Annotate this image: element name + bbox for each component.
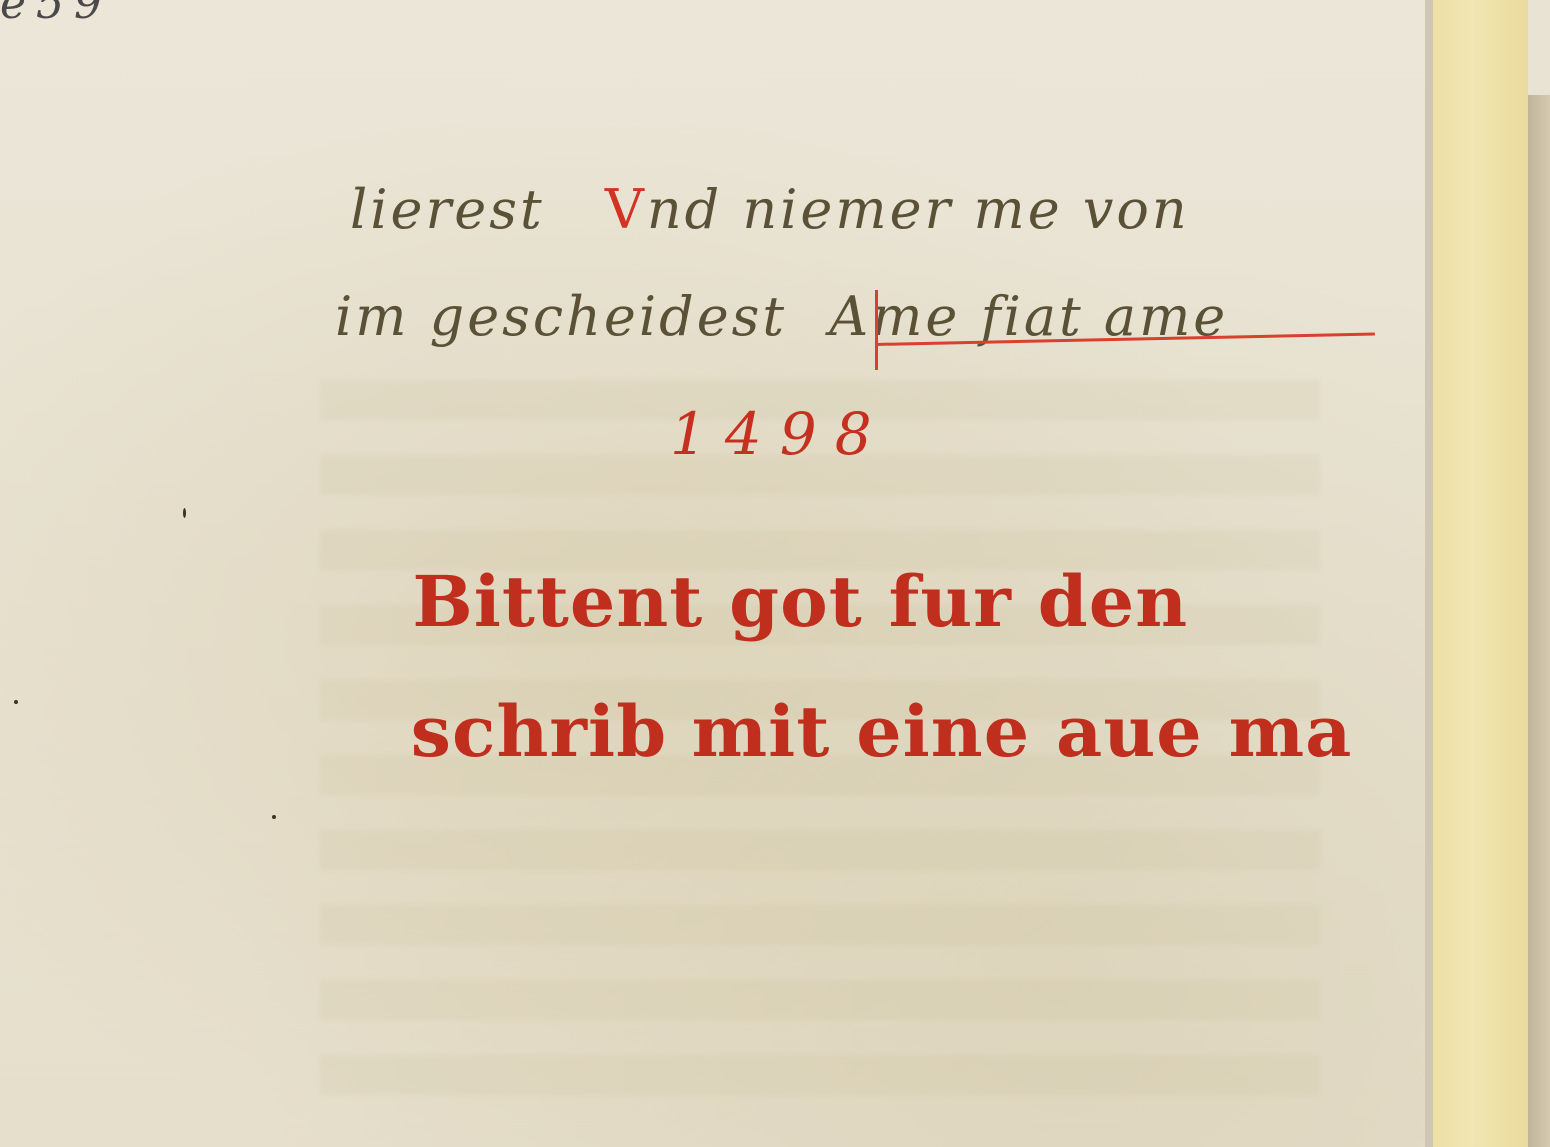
colophon-word: im gescheidest (335, 285, 787, 348)
book-spine (1528, 95, 1550, 1147)
vellum-binding (1433, 0, 1528, 1147)
colophon-word: lierest (350, 178, 545, 241)
page-edge (1425, 0, 1433, 1147)
rubricated-initial: V (605, 178, 647, 241)
scribe-plea-line-2: schribmit eine aue ma (411, 690, 1353, 773)
amen-word: Ame (829, 285, 960, 348)
scribe-word: schrib (411, 690, 667, 773)
colophon-line-1: lierest Vnd niemer me von (350, 178, 1190, 241)
manuscript-page: e59 lierest Vnd niemer me von im geschei… (0, 0, 1430, 1147)
rubric-bracket (875, 290, 878, 370)
scribe-plea-line-1: Bittent got fur den (412, 560, 1188, 643)
scribe-plea-text: mit eine aue ma (692, 690, 1353, 773)
ink-speck (183, 508, 186, 518)
colophon-text: nd niemer me von (647, 178, 1190, 241)
ink-speck (14, 700, 18, 704)
colophon-date: 1498 (670, 400, 890, 468)
shelfmark: e59 (0, 0, 112, 29)
ink-speck (272, 815, 276, 819)
